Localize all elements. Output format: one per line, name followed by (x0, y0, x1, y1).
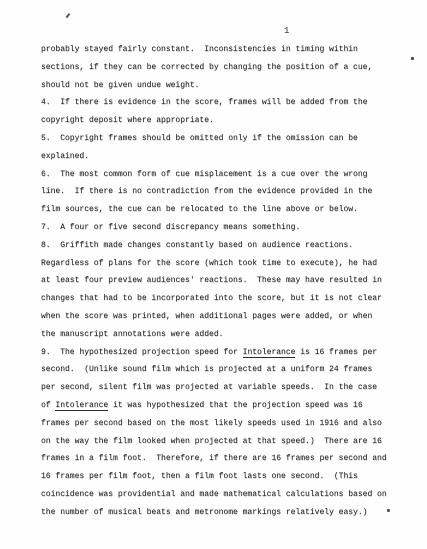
text-line: changes that had to be incorporated into… (41, 290, 407, 308)
text-line: 6. The most common form of cue misplacem… (41, 166, 407, 184)
text-segment: the number of musical beats and metronom… (41, 508, 367, 517)
text-segment: per second, silent film was projected at… (41, 383, 377, 392)
text-segment: the manuscript annotations were added. (41, 330, 223, 339)
text-line: 4. If there is evidence in the score, fr… (41, 94, 407, 112)
text-line: frames per second based on the most like… (41, 415, 407, 433)
text-segment: changes that had to be incorporated into… (41, 294, 382, 303)
stray-mark-dot (387, 509, 390, 512)
text-line: when the score was printed, when additio… (41, 308, 407, 326)
text-line: 7. A four or five second discrepancy mea… (41, 219, 407, 237)
text-segment: of (41, 401, 55, 410)
text-segment: frames in a film foot. Therefore, if the… (41, 454, 387, 463)
text-segment: on the way the film looked when projecte… (41, 437, 382, 446)
text-segment: explained. (41, 152, 89, 161)
text-line: the manuscript annotations were added. (41, 326, 407, 344)
text-line: at least four preview audiences' reactio… (41, 272, 407, 290)
text-line: film sources, the cue can be relocated t… (41, 201, 407, 219)
text-line: coincidence was providential and made ma… (41, 486, 407, 504)
text-line: 5. Copyright frames should be omitted on… (41, 130, 407, 148)
text-line: 9. The hypothesized projection speed for… (41, 344, 407, 362)
text-line: per second, silent film was projected at… (41, 379, 407, 397)
text-line: 8. Griffith made changes constantly base… (41, 237, 407, 255)
text-segment: Regardless of plans for the score (which… (41, 259, 377, 268)
text-segment: it was hypothesized that the projection … (108, 401, 362, 410)
document-page: 1 probably stayed fairly constant. Incon… (0, 0, 427, 549)
text-segment: line. If there is no contradiction from … (41, 187, 372, 196)
text-segment: second. (Unlike sound film which is proj… (41, 365, 372, 374)
text-line: of Intolerance it was hypothesized that … (41, 397, 407, 415)
text-segment: when the score was printed, when additio… (41, 312, 372, 321)
text-segment: coincidence was providential and made ma… (41, 490, 387, 499)
text-segment: at least four preview audiences' reactio… (41, 276, 382, 285)
text-line: should not be given undue weight. (41, 77, 407, 95)
text-line: Regardless of plans for the score (which… (41, 255, 407, 273)
stray-mark-tick (66, 13, 70, 18)
text-segment: 6. The most common form of cue misplacem… (41, 170, 367, 179)
text-line: frames in a film foot. Therefore, if the… (41, 450, 407, 468)
page-number: 1 (284, 26, 289, 36)
text-segment: 7. A four or five second discrepancy mea… (41, 223, 300, 232)
text-line: probably stayed fairly constant. Inconsi… (41, 41, 407, 59)
text-line: copyright deposit where appropriate. (41, 112, 407, 130)
text-segment: 16 frames per film foot, then a film foo… (41, 472, 358, 481)
text-segment: 4. If there is evidence in the score, fr… (41, 98, 367, 107)
text-segment: frames per second based on the most like… (41, 419, 382, 428)
text-segment: is 16 frames per (295, 348, 377, 357)
text-segment: sections, if they can be corrected by ch… (41, 63, 372, 72)
text-line: line. If there is no contradiction from … (41, 183, 407, 201)
text-segment: film sources, the cue can be relocated t… (41, 205, 358, 214)
underlined-film-title: Intolerance (243, 348, 296, 359)
text-segment: copyright deposit where appropriate. (41, 116, 214, 125)
underlined-film-title: Intolerance (55, 401, 108, 412)
text-segment: 8. Griffith made changes constantly base… (41, 241, 353, 250)
text-segment: 9. The hypothesized projection speed for (41, 348, 243, 357)
text-line: explained. (41, 148, 407, 166)
text-line: 16 frames per film foot, then a film foo… (41, 468, 407, 486)
text-segment: probably stayed fairly constant. Inconsi… (41, 45, 358, 54)
text-segment: should not be given undue weight. (41, 81, 199, 90)
text-line: the number of musical beats and metronom… (41, 504, 407, 522)
text-line: second. (Unlike sound film which is proj… (41, 361, 407, 379)
text-line: sections, if they can be corrected by ch… (41, 59, 407, 77)
text-line: on the way the film looked when projecte… (41, 433, 407, 451)
text-segment: 5. Copyright frames should be omitted on… (41, 134, 358, 143)
body-text: probably stayed fairly constant. Inconsi… (41, 41, 407, 522)
stray-mark-dot (411, 57, 414, 60)
